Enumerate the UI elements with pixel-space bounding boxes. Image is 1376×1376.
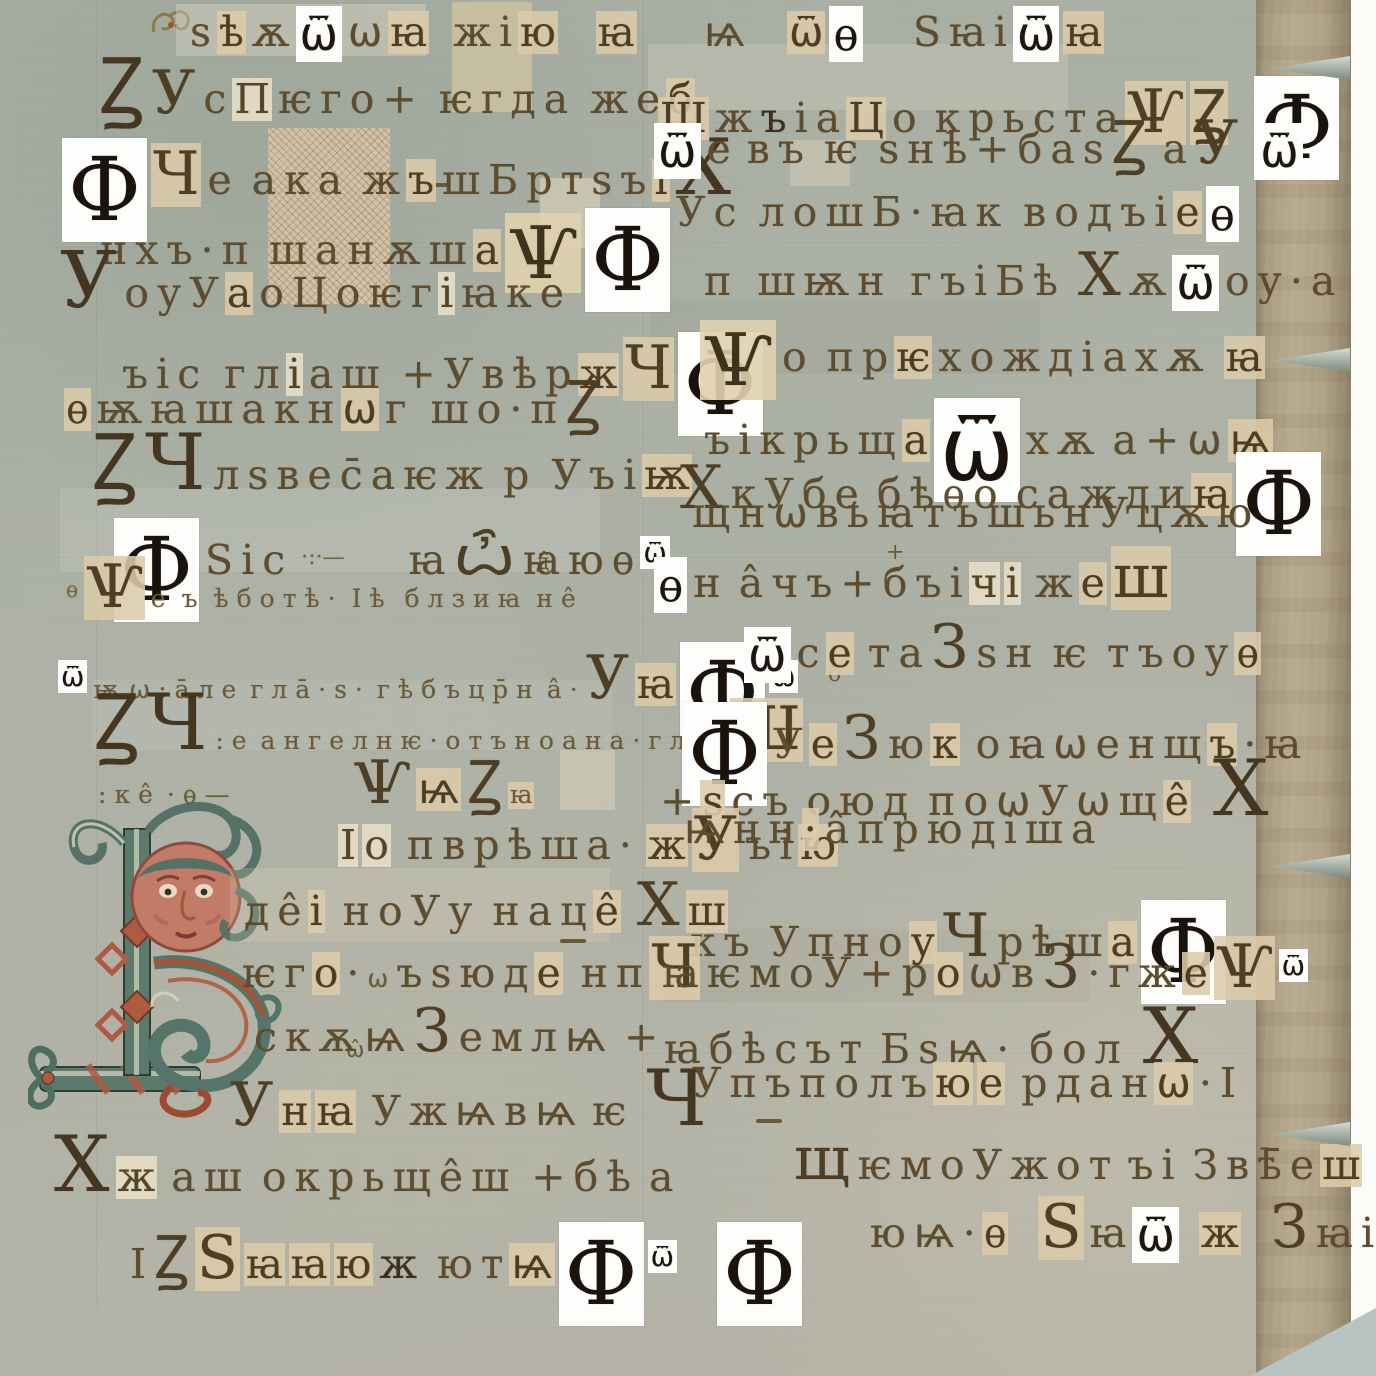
letter-chip: ѡ bbox=[1154, 1062, 1192, 1105]
word-gap bbox=[1208, 370, 1222, 371]
letter-chip: о bbox=[1223, 260, 1252, 303]
letter-chip: ѕ bbox=[245, 454, 270, 497]
letter-chip: ш bbox=[985, 492, 1027, 535]
letter-chip: о bbox=[312, 952, 341, 995]
letter-chip: · bbox=[427, 728, 439, 755]
letter-chip: і bbox=[308, 890, 325, 933]
letter-chip: д bbox=[501, 952, 530, 995]
letter-chip: Ф bbox=[585, 208, 670, 312]
letter-chip: + bbox=[857, 952, 895, 995]
text-line-segment: щнѡвьꙗтъшьнУцѫю bbox=[688, 492, 1256, 535]
letter-chip: л bbox=[529, 1016, 559, 1059]
letter-chip: ь bbox=[845, 492, 871, 535]
letter-chip: з bbox=[450, 586, 468, 613]
text-line-segment: ѳна̂чъ+бъічіжеш bbox=[652, 546, 1173, 610]
letter-chip: ѩ bbox=[702, 11, 747, 54]
letter-chip: о bbox=[1170, 632, 1199, 675]
letter-chip: Ф bbox=[717, 1222, 802, 1326]
letter-chip: ъ bbox=[1136, 632, 1166, 675]
letter-chip: · bbox=[1288, 260, 1305, 303]
letter-chip: р bbox=[471, 824, 501, 867]
letter-chip: ж bbox=[1008, 1144, 1050, 1187]
letter-chip: ъ bbox=[951, 492, 981, 535]
letter-chip: н bbox=[691, 562, 722, 605]
letter-chip: У bbox=[820, 952, 854, 995]
word-gap bbox=[1115, 1178, 1123, 1179]
letter-chip: ѣ bbox=[1031, 260, 1060, 303]
letter-chip: о bbox=[258, 586, 277, 613]
letter-chip: · bbox=[802, 808, 819, 851]
letter-chip: о bbox=[1052, 191, 1081, 234]
letter-chip: ѿ bbox=[1172, 255, 1219, 311]
letter-chip: л bbox=[211, 454, 241, 497]
letter-chip: ѥ bbox=[856, 1144, 894, 1187]
letter-chip: ъ bbox=[899, 1062, 929, 1105]
letter-chip: б bbox=[572, 1156, 601, 1199]
letter-chip: ѣ bbox=[941, 128, 970, 171]
letter-chip: е̂ bbox=[559, 586, 578, 613]
letter-chip: ѡ bbox=[365, 966, 390, 993]
letter-chip: ъ bbox=[1118, 191, 1148, 234]
letter-chip: у bbox=[1202, 632, 1230, 675]
letter-chip: н bbox=[736, 492, 767, 535]
letter-chip: г bbox=[646, 728, 663, 755]
letter-chip: У bbox=[690, 1062, 724, 1105]
letter-chip: Ꙁ bbox=[1110, 112, 1149, 176]
letter-chip: а bbox=[896, 632, 924, 675]
letter-chip: З bbox=[1269, 1196, 1310, 1260]
letter-chip: о bbox=[376, 890, 405, 933]
letter-chip: ш bbox=[1023, 808, 1065, 851]
letter-chip: і bbox=[1004, 562, 1021, 605]
letter-chip: ѳ bbox=[610, 539, 637, 582]
letter-chip: о bbox=[537, 728, 556, 755]
letter-chip: ꙗ bbox=[315, 1090, 356, 1133]
letter-chip: а bbox=[526, 890, 554, 933]
letter-chip: к bbox=[272, 388, 302, 431]
letter-chip: ѥ bbox=[822, 128, 860, 171]
letter-chip: Ѱ bbox=[84, 556, 145, 620]
letter-chip: ѫ bbox=[1127, 260, 1169, 303]
letter-chip: Ч bbox=[145, 686, 209, 760]
letter-chip: р bbox=[501, 454, 531, 497]
letter-chip: ѳ bbox=[1206, 186, 1239, 242]
manuscript-page: ѡ̂д̂+б̂ѕѣѫѿѡꙗжіюꙗѩѿѳЅꙗіѿꙗꙀУсПѥго+ѥгдажеб… bbox=[0, 0, 1376, 1376]
letter-chip: У bbox=[58, 244, 118, 318]
word-gap bbox=[421, 1277, 433, 1278]
letter-chip: ѣ bbox=[604, 1156, 633, 1199]
letter-chip: а bbox=[1048, 128, 1076, 171]
letter-chip: У bbox=[370, 1090, 404, 1133]
letter-chip: в bbox=[440, 824, 467, 867]
letter-chip: ѥ bbox=[401, 454, 439, 497]
letter-chip: Ѱ bbox=[352, 752, 413, 816]
letter-chip: п bbox=[855, 808, 886, 851]
letter-chip: е̂ bbox=[593, 890, 621, 933]
letter-chip: ъ bbox=[763, 1062, 793, 1105]
letter-chip: ѡ bbox=[967, 952, 1005, 995]
letter-chip: о bbox=[938, 1144, 967, 1187]
letter-chip: ѿ bbox=[1132, 1207, 1179, 1263]
letter-chip: ꙗ bbox=[1063, 11, 1104, 54]
letter-chip: ѣ bbox=[367, 586, 386, 613]
word-gap bbox=[560, 45, 594, 46]
letter-chip: р bbox=[891, 808, 921, 851]
letter-chip: в bbox=[502, 1090, 529, 1133]
letter-chip: ѳ bbox=[64, 388, 91, 431]
letter-chip: ж bbox=[1136, 952, 1178, 995]
word-gap bbox=[524, 606, 532, 607]
letter-chip: е̂ bbox=[437, 1156, 465, 1199]
letter-chip: е bbox=[534, 952, 562, 995]
letter-chip: ж bbox=[377, 1243, 419, 1286]
letter-chip: а bbox=[584, 824, 612, 867]
letter-chip: г bbox=[383, 388, 408, 431]
letter-chip: Х bbox=[1211, 752, 1271, 826]
letter-chip: ѕ bbox=[974, 632, 999, 675]
word-gap bbox=[565, 986, 577, 987]
letter-chip: ю bbox=[925, 808, 965, 851]
word-gap bbox=[1179, 1178, 1189, 1179]
letter-chip: р bbox=[1019, 1062, 1049, 1105]
text-line-segment: ѥго·ѡъѕюденпЧ bbox=[238, 936, 702, 1000]
letter-chip: Ѕ bbox=[911, 11, 943, 54]
letter-chip: ѿ bbox=[1256, 123, 1303, 179]
letter-chip: — bbox=[203, 782, 232, 809]
letter-chip: І bbox=[338, 824, 358, 867]
letter-chip: + bbox=[529, 1156, 567, 1199]
letter-chip: т bbox=[1105, 632, 1132, 675]
letter-chip: л bbox=[757, 191, 787, 234]
letter-chip: е̂ bbox=[1163, 780, 1191, 823]
letter-chip: У bbox=[549, 454, 583, 497]
letter-chip: З bbox=[1191, 1144, 1221, 1187]
word-gap bbox=[159, 1190, 167, 1191]
letter-chip: ж bbox=[451, 11, 493, 54]
letter-chip: с bbox=[712, 191, 739, 234]
letter-chip: ѩ bbox=[682, 808, 727, 851]
letter-chip: н bbox=[534, 586, 555, 613]
letter-chip: а bbox=[1069, 808, 1097, 851]
letter-chip: Б bbox=[869, 191, 903, 234]
letter-chip: г bbox=[1106, 952, 1131, 995]
letter-chip: · bbox=[908, 191, 925, 234]
text-line-segment: ѩнн·а̂прюдіша bbox=[680, 808, 1099, 851]
letter-chip: ю bbox=[1214, 492, 1254, 535]
letter-chip: і bbox=[621, 454, 638, 497]
letter-chip: р bbox=[326, 1156, 356, 1199]
letter-chip: н bbox=[766, 808, 797, 851]
letter-chip: а bbox=[1309, 260, 1337, 303]
letter-chip: в bbox=[1009, 952, 1036, 995]
letter-chip: д bbox=[1085, 191, 1114, 234]
letter-chip: · bbox=[617, 824, 634, 867]
letter-chip: і bbox=[948, 562, 965, 605]
letter-chip: ѣ bbox=[217, 11, 246, 54]
letter-chip: н bbox=[905, 128, 936, 171]
letter-chip: ш bbox=[1111, 546, 1171, 610]
letter-chip: ъ bbox=[913, 562, 943, 605]
letter-chip: ч bbox=[769, 562, 800, 605]
letter-chip: е bbox=[230, 728, 249, 755]
letter-chip: · bbox=[326, 586, 338, 613]
letter-chip: ѫ bbox=[1169, 492, 1211, 535]
letter-chip: м bbox=[898, 1144, 934, 1187]
letter-chip: Ꙁ bbox=[90, 426, 139, 500]
letter-chip: ѿ bbox=[1279, 949, 1308, 982]
letter-chip: ꙗ bbox=[1314, 1212, 1355, 1255]
word-gap bbox=[808, 162, 820, 163]
text-line-segment: де̂іноУунаце̂Хш bbox=[240, 874, 730, 938]
letter-chip: + bbox=[838, 562, 876, 605]
text-line-segment: УслошБ·ꙗкводъіеѳ bbox=[672, 182, 1241, 238]
letter-chip: І bbox=[128, 1243, 148, 1286]
letter-chip: б bbox=[235, 586, 254, 613]
letter-chip: ѡ bbox=[346, 11, 384, 54]
letter-chip: ѩ bbox=[509, 1243, 554, 1286]
letter-chip: У bbox=[1097, 492, 1131, 535]
letter-chip: о bbox=[443, 728, 462, 755]
letter-chip: І bbox=[350, 586, 364, 613]
letter-chip: ѫ bbox=[317, 1016, 359, 1059]
letter-chip: З bbox=[929, 616, 970, 680]
letter-chip: Ꙁ bbox=[152, 1227, 191, 1291]
letter-chip: ѫ bbox=[250, 11, 292, 54]
letter-chip: д bbox=[1053, 1062, 1082, 1105]
letter-chip: ц bbox=[1134, 492, 1164, 535]
letter-chip: · bbox=[1085, 952, 1102, 995]
text-line-segment: скѫѩЗемлѩ+ bbox=[250, 1000, 662, 1064]
letter-chip: ѳ bbox=[654, 557, 687, 613]
word-gap bbox=[856, 666, 864, 667]
text-line-segment: Хжашокрьще̂ш+бѣа bbox=[50, 1128, 677, 1202]
letter-chip: · bbox=[344, 952, 361, 995]
letter-chip: ъ bbox=[1125, 1144, 1155, 1187]
letter-chip: е bbox=[306, 454, 334, 497]
word-gap bbox=[1005, 225, 1019, 226]
letter-chip: ꙗ bbox=[875, 492, 916, 535]
letter-chip: ѭ bbox=[801, 260, 851, 303]
letter-chip: Ч bbox=[143, 426, 207, 500]
letter-chip: щ bbox=[690, 492, 732, 535]
word-gap bbox=[1010, 1246, 1036, 1247]
letter-chip: р bbox=[900, 952, 930, 995]
letter-chip: о bbox=[832, 1062, 861, 1105]
letter-chip: Ѕ bbox=[1038, 1196, 1083, 1260]
letter-chip: і bbox=[497, 11, 514, 54]
letter-chip: ꙗ bbox=[947, 11, 988, 54]
letter-chip: ѩ bbox=[912, 1212, 957, 1255]
text-line-segment: УнꙗУжѩвѩѥЧ bbox=[226, 1062, 711, 1138]
letter-chip: щ bbox=[391, 1156, 433, 1199]
letter-chip: о bbox=[934, 952, 963, 995]
letter-chip: а bbox=[239, 388, 267, 431]
letter-chip: е bbox=[1173, 191, 1201, 234]
letter-chip: і bbox=[972, 260, 989, 303]
word-gap bbox=[811, 370, 823, 371]
word-gap bbox=[1091, 666, 1103, 667]
letter-chip: н bbox=[305, 388, 336, 431]
letter-chip: е bbox=[977, 1062, 1005, 1105]
letter-chip: с bbox=[252, 1016, 279, 1059]
letter-chip: ж bbox=[1199, 1212, 1241, 1255]
letter-chip: ѩ bbox=[416, 768, 461, 811]
word-gap bbox=[749, 45, 785, 46]
letter-chip: е bbox=[149, 586, 168, 613]
letter-chip: Х bbox=[1076, 244, 1123, 308]
letter-chip: ѳ bbox=[982, 1212, 1009, 1255]
letter-chip: ш bbox=[538, 824, 580, 867]
letter-chip: а bbox=[369, 454, 397, 497]
letter-chip: ч bbox=[969, 562, 1000, 605]
letter-chip: ѕ bbox=[188, 11, 213, 54]
word-gap bbox=[580, 1124, 588, 1125]
letter-chip: ѣ̄ bbox=[1255, 1144, 1284, 1187]
letter-chip: о bbox=[791, 191, 820, 234]
letter-chip: ꙗ bbox=[1088, 1212, 1129, 1255]
letter-chip: ѿ bbox=[787, 11, 825, 54]
letter-chip: д bbox=[242, 890, 271, 933]
word-gap bbox=[630, 1124, 642, 1125]
letter-chip: а bbox=[647, 1156, 675, 1199]
letter-chip: к bbox=[283, 1016, 313, 1059]
letter-chip: о bbox=[1054, 1144, 1083, 1187]
letter-chip: о bbox=[260, 1156, 289, 1199]
letter-chip: ꙗ bbox=[289, 1243, 330, 1286]
word-gap bbox=[1023, 596, 1031, 597]
letter-chip: Ф bbox=[559, 1222, 644, 1326]
letter-chip: н bbox=[281, 728, 302, 755]
letter-chip: г bbox=[306, 728, 323, 755]
letter-chip: ѩ bbox=[453, 1090, 498, 1133]
word-gap bbox=[358, 1124, 368, 1125]
text-line-segment: ѿсетаЗѕнѥтъоуѳ bbox=[742, 616, 1263, 680]
letter-chip: е bbox=[705, 128, 733, 171]
letter-chip: ъ bbox=[938, 260, 968, 303]
letter-chip: · bbox=[961, 1212, 978, 1255]
letter-chip: : bbox=[213, 728, 225, 755]
letter-chip: ъ bbox=[804, 562, 834, 605]
text-line-segment: Упъполъюерданѡ·І bbox=[688, 1062, 1240, 1105]
letter-chip: п bbox=[728, 1062, 759, 1105]
letter-chip: ѥ bbox=[240, 952, 278, 995]
letter-chip: ѣ bbox=[212, 586, 231, 613]
letter-chip: а bbox=[1160, 128, 1188, 171]
letter-chip: т bbox=[866, 632, 893, 675]
word-gap bbox=[725, 596, 735, 597]
letter-chip: о bbox=[475, 388, 504, 431]
letter-chip: т bbox=[281, 586, 299, 613]
letter-chip: І bbox=[1218, 1062, 1238, 1105]
letter-chip: ѡ bbox=[341, 388, 379, 431]
text-line-segment: ѳѰеъѣботѣ·Іѣблзиꙗне̂ bbox=[62, 556, 580, 620]
letter-chip: о bbox=[787, 952, 816, 995]
letter-chip: у bbox=[1256, 260, 1284, 303]
word-gap bbox=[411, 422, 427, 423]
letter-chip: о bbox=[362, 824, 391, 867]
text-line-segment: ꙀЧлѕвес̄аѥжрУъіѭ bbox=[88, 426, 694, 500]
letter-chip: е bbox=[327, 728, 346, 755]
letter-chip: в bbox=[745, 128, 772, 171]
letter-chip: п bbox=[702, 260, 733, 303]
letter-chip: н bbox=[490, 890, 521, 933]
letter-chip: г bbox=[282, 952, 307, 995]
letter-chip: ѣ bbox=[303, 586, 322, 613]
word-gap bbox=[389, 606, 401, 607]
letter-chip: н bbox=[1061, 492, 1092, 535]
word-gap bbox=[533, 488, 547, 489]
word-gap bbox=[251, 748, 257, 749]
letter-chip: ъ bbox=[776, 128, 806, 171]
letter-chip: і bbox=[1359, 1212, 1376, 1255]
letter-chip: і bbox=[1159, 1144, 1176, 1187]
letter-chip: ѳ bbox=[64, 579, 80, 602]
letter-chip: к bbox=[112, 782, 132, 809]
letter-chip: З bbox=[1040, 936, 1081, 1000]
word-gap bbox=[636, 858, 644, 859]
letter-chip: · bbox=[165, 782, 177, 809]
letter-chip: ю bbox=[868, 1212, 908, 1255]
word-gap bbox=[431, 45, 449, 46]
letter-chip: ѩ bbox=[533, 1090, 578, 1133]
word-gap bbox=[234, 802, 350, 803]
letter-chip: ѿ bbox=[744, 627, 791, 683]
letter-chip: ш bbox=[429, 388, 471, 431]
letter-chip: ю bbox=[435, 1243, 475, 1286]
letter-chip: ꙗ bbox=[660, 952, 701, 995]
word-gap bbox=[679, 1277, 715, 1278]
letter-chip: т bbox=[920, 492, 947, 535]
letter-chip: а̂ bbox=[737, 562, 765, 605]
letter-chip: ѿ bbox=[58, 660, 87, 693]
letter-chip: е bbox=[1288, 1144, 1316, 1187]
letter-chip: ꙗ bbox=[388, 11, 429, 54]
word-gap bbox=[1037, 666, 1049, 667]
text-line-segment: :ке̂·ѳ—ѰѩꙀꙗ bbox=[94, 752, 536, 816]
letter-chip: ꙗ bbox=[596, 11, 637, 54]
letter-chip: ъ bbox=[587, 454, 617, 497]
letter-chip: т bbox=[1087, 1144, 1114, 1187]
word-gap bbox=[487, 488, 499, 489]
word-gap bbox=[157, 802, 163, 803]
letter-chip: ꙗ bbox=[929, 191, 970, 234]
letter-chip: ѿ bbox=[648, 1240, 677, 1273]
letter-chip: Ѱ bbox=[1214, 936, 1275, 1000]
letter-chip: щ bbox=[792, 1128, 852, 1192]
word-gap bbox=[246, 1190, 258, 1191]
letter-chip: в bbox=[1224, 1144, 1251, 1187]
letter-chip: а bbox=[1087, 1062, 1115, 1105]
letter-chip: ь bbox=[1031, 492, 1057, 535]
titlo-mark bbox=[756, 1104, 782, 1129]
letter-chip: е bbox=[1079, 562, 1107, 605]
word-gap bbox=[741, 225, 755, 226]
letter-chip: ж bbox=[1033, 562, 1075, 605]
letter-chip: д bbox=[969, 808, 998, 851]
letter-chip: ш bbox=[823, 191, 865, 234]
letter-chip: ш bbox=[1320, 1144, 1362, 1187]
word-gap bbox=[476, 924, 488, 925]
word-gap bbox=[623, 924, 633, 925]
letter-chip: к bbox=[974, 191, 1004, 234]
letter-chip: л bbox=[426, 586, 446, 613]
letter-chip: ѕ bbox=[428, 952, 453, 995]
letter-chip: + bbox=[622, 1016, 660, 1059]
letter-chip: У bbox=[674, 191, 708, 234]
word-gap bbox=[1193, 814, 1209, 815]
letter-chip: ѩ bbox=[362, 1016, 407, 1059]
letter-chip: ю bbox=[933, 1062, 973, 1105]
